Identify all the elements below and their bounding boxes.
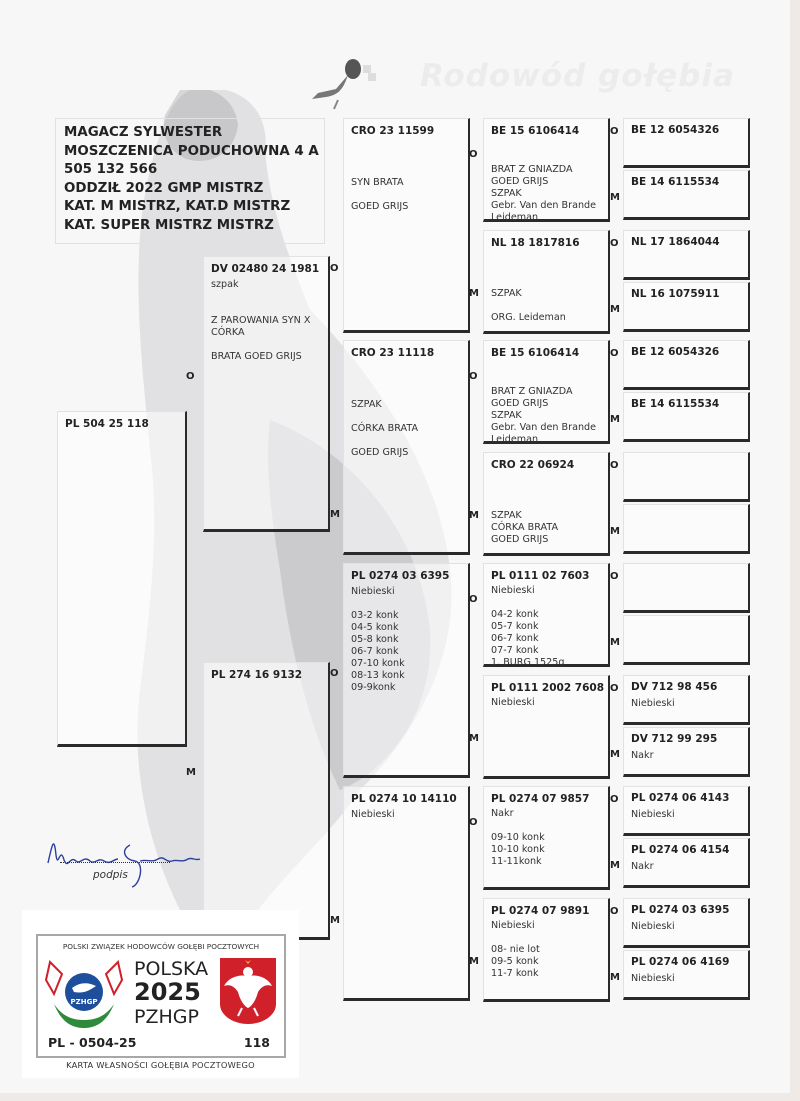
- pedigree-note: [351, 189, 461, 201]
- grandparent-notes: Niebieski 03-2 konk04-5 konk05-8 konk06-…: [351, 586, 461, 694]
- pedigree-note: SZPAK: [491, 510, 601, 522]
- pedigree-note: [351, 141, 461, 153]
- pigeon-ring: PL 504 25 118: [65, 418, 178, 430]
- great-great-grandparent-box: PL 0274 06 4143Niebieski: [623, 786, 750, 836]
- mother-label: M: [186, 767, 196, 778]
- pedigree-note: CÓRKA BRATA: [491, 522, 601, 534]
- great-grandparent-notes: Niebieski 08- nie lot09-5 konk11-7 konk: [491, 920, 601, 980]
- great-grandparent-box: PL 0274 07 9857Nakr 09-10 konk10-10 konk…: [483, 786, 610, 890]
- great-grandparent-ring: PL 0274 07 9857: [491, 793, 601, 805]
- pedigree-note: 07-7 konk: [491, 645, 601, 657]
- pedigree-note: Niebieski: [351, 586, 461, 598]
- pigeon-box: PL 504 25 118: [57, 411, 187, 747]
- pedigree-note: [491, 597, 601, 609]
- grandparent-box: CRO 23 11118 SZPAK CÓRKA BRATA GOED GRIJ…: [343, 340, 470, 555]
- mother-box: PL 274 16 9132: [203, 662, 330, 940]
- grandparent-box: CRO 23 11599 SYN BRATA GOED GRIJS: [343, 118, 470, 333]
- owner-info: MAGACZ SYLWESTER MOSZCZENICA PODUCHOWNA …: [55, 118, 325, 244]
- gggp-label-o: O: [610, 906, 619, 917]
- great-great-grandparent-box: BE 12 6054326: [623, 340, 750, 390]
- great-grandparent-ring: PL 0111 2002 7608: [491, 682, 601, 694]
- gggp-label-m: M: [610, 526, 620, 537]
- ggp-label-o: O: [469, 594, 478, 605]
- great-great-grandparent-box: PL 0274 06 4154Nakr: [623, 838, 750, 888]
- great-grandparent-notes: SZPAK ORG. Leideman: [491, 252, 601, 324]
- great-grandparent-notes: Niebieski 04-2 konk05-7 konk06-7 konk07-…: [491, 585, 601, 669]
- pedigree-note: 04-5 konk: [351, 622, 461, 634]
- great-grandparent-box: BE 15 6106414 BRAT Z GNIAZDAGOED GRIJSSZ…: [483, 118, 610, 222]
- pedigree-note: Gebr. Van den Brande: [491, 422, 601, 434]
- pedigree-note: GOED GRIJS: [351, 447, 461, 459]
- pedigree-note: 09-9konk: [351, 682, 461, 694]
- pedigree-note: 10-10 konk: [491, 844, 601, 856]
- ggp-label-o: O: [469, 149, 478, 160]
- great-great-grandparent-ring: NL 17 1864044: [631, 236, 741, 248]
- pedigree-note: [491, 362, 601, 374]
- great-great-grandparent-box: NL 17 1864044: [623, 230, 750, 280]
- gggp-label-o: O: [610, 238, 619, 249]
- pedigree-note: BRAT Z GNIAZDA: [491, 386, 601, 398]
- gggp-label-o: O: [610, 460, 619, 471]
- great-grandparent-box: NL 18 1817816 SZPAK ORG. Leideman: [483, 230, 610, 334]
- great-grandparent-notes: BRAT Z GNIAZDAGOED GRIJSSZPAKGebr. Van d…: [491, 362, 601, 446]
- pedigree-note: 06-7 konk: [491, 633, 601, 645]
- card-year: 2025: [134, 978, 201, 1006]
- gggp-label-o: O: [610, 126, 619, 137]
- pedigree-note: [491, 252, 601, 264]
- polish-eagle-emblem-icon: [218, 956, 278, 1026]
- pedigree-note: [351, 435, 461, 447]
- great-great-grandparent-box: NL 16 1075911: [623, 282, 750, 332]
- pedigree-note: [491, 498, 601, 510]
- pedigree-note: [491, 486, 601, 498]
- gp-label-o: O: [330, 263, 339, 274]
- grandparent-box: PL 0274 03 6395Niebieski 03-2 konk04-5 k…: [343, 563, 470, 778]
- pedigree-note: BRATA GOED GRIJS: [211, 351, 321, 363]
- pedigree-note: [491, 264, 601, 276]
- grandparent-ring: PL 0274 10 14110: [351, 793, 461, 805]
- great-great-grandparent-ring: PL 0274 06 4169: [631, 956, 741, 968]
- pedigree-note: Leideman: [491, 434, 601, 446]
- great-great-grandparent-color: Niebieski: [631, 809, 741, 821]
- gggp-label-o: O: [610, 683, 619, 694]
- pedigree-note: [491, 276, 601, 288]
- pedigree-note: 09-10 konk: [491, 832, 601, 844]
- pedigree-note: Leideman: [491, 212, 601, 224]
- pedigree-note: SZPAK: [491, 410, 601, 422]
- great-great-grandparent-box: PL 0274 06 4169Niebieski: [623, 950, 750, 1000]
- great-great-grandparent-box: [623, 563, 750, 613]
- gggp-label-m: M: [610, 304, 620, 315]
- pedigree-note: [351, 363, 461, 375]
- great-grandparent-box: PL 0274 07 9891Niebieski 08- nie lot09-5…: [483, 898, 610, 1002]
- grandparent-notes: Niebieski: [351, 809, 461, 821]
- grandparent-notes: SZPAK CÓRKA BRATA GOED GRIJS: [351, 363, 461, 459]
- pedigree-note: [351, 165, 461, 177]
- signature-image: [40, 825, 210, 895]
- gggp-label-o: O: [610, 348, 619, 359]
- pedigree-note: [211, 339, 321, 351]
- pedigree-note: Niebieski: [351, 809, 461, 821]
- pedigree-note: CÓRKA BRATA: [351, 423, 461, 435]
- gp-label-o: O: [330, 668, 339, 679]
- owner-title-2: KAT. M MISTRZ, KAT.D MISTRZ: [64, 198, 324, 217]
- great-great-grandparent-box: [623, 615, 750, 665]
- gp-label-m: M: [330, 915, 340, 926]
- pedigree-note: GOED GRIJS: [491, 534, 601, 546]
- gggp-label-m: M: [610, 414, 620, 425]
- great-grandparent-ring: NL 18 1817816: [491, 237, 601, 249]
- pedigree-note: [351, 153, 461, 165]
- ownership-card: POLSKI ZWIĄZEK HODOWCÓW GOŁĘBI POCZTOWYC…: [22, 910, 299, 1078]
- pedigree-note: 04-2 konk: [491, 609, 601, 621]
- pedigree-note: 11-7 konk: [491, 968, 601, 980]
- pedigree-note: [491, 474, 601, 486]
- great-great-grandparent-ring: NL 16 1075911: [631, 288, 741, 300]
- pedigree-note: Niebieski: [491, 697, 601, 709]
- great-great-grandparent-box: BE 14 6115534: [623, 170, 750, 220]
- pedigree-note: Z PAROWANIA SYN X: [211, 315, 321, 327]
- great-great-grandparent-color: Niebieski: [631, 921, 741, 933]
- document-title: Rodowód gołębia: [420, 58, 735, 94]
- great-great-grandparent-ring: BE 12 6054326: [631, 124, 741, 136]
- gggp-label-m: M: [610, 749, 620, 760]
- card-assoc: PZHGP: [134, 1006, 199, 1028]
- great-great-grandparent-box: DV 712 99 295Nakr: [623, 727, 750, 777]
- ggp-label-m: M: [469, 733, 479, 744]
- pedigree-note: [351, 411, 461, 423]
- pedigree-note: [351, 375, 461, 387]
- gggp-label-o: O: [610, 794, 619, 805]
- great-grandparent-notes: SZPAKCÓRKA BRATAGOED GRIJS: [491, 474, 601, 546]
- pzhgp-logo-icon: PZHGP: [44, 954, 124, 1032]
- pedigree-note: [211, 291, 321, 303]
- pedigree-note: szpak: [211, 279, 321, 291]
- card-id: PL - 0504-25: [48, 1035, 136, 1050]
- great-grandparent-ring: CRO 22 06924: [491, 459, 601, 471]
- great-great-grandparent-color: Niebieski: [631, 973, 741, 985]
- great-great-grandparent-ring: PL 0274 03 6395: [631, 904, 741, 916]
- grandparent-ring: CRO 23 11118: [351, 347, 461, 359]
- ggp-label-m: M: [469, 288, 479, 299]
- great-great-grandparent-color: Niebieski: [631, 698, 741, 710]
- pedigree-note: SZPAK: [351, 399, 461, 411]
- great-great-grandparent-box: BE 14 6115534: [623, 392, 750, 442]
- great-great-grandparent-ring: BE 14 6115534: [631, 176, 741, 188]
- great-grandparent-notes: Nakr 09-10 konk10-10 konk11-11konk: [491, 808, 601, 868]
- great-grandparent-notes: Niebieski: [491, 697, 601, 709]
- pedigree-note: Niebieski: [491, 920, 601, 932]
- pedigree-note: ORG. Leideman: [491, 312, 601, 324]
- pedigree-note: 05-8 konk: [351, 634, 461, 646]
- pedigree-note: 08- nie lot: [491, 944, 601, 956]
- gggp-label-m: M: [610, 192, 620, 203]
- pedigree-note: [491, 300, 601, 312]
- pedigree-sheet: Rodowód gołębia MAGACZ SYLWESTER MOSZCZE…: [0, 0, 790, 1093]
- father-notes: szpak Z PAROWANIA SYN XCÓRKA BRATA GOED …: [211, 279, 321, 363]
- owner-phone: 505 132 566: [64, 161, 324, 180]
- great-great-grandparent-ring: PL 0274 06 4154: [631, 844, 741, 856]
- card-footer: KARTA WŁASNOŚCI GOŁĘBIA POCZTOWEGO: [22, 1060, 299, 1070]
- pedigree-note: [351, 387, 461, 399]
- pedigree-note: GOED GRIJS: [491, 398, 601, 410]
- ggp-label-m: M: [469, 510, 479, 521]
- great-grandparent-box: CRO 22 06924 SZPAKCÓRKA BRATAGOED GRIJS: [483, 452, 610, 556]
- card-frame: POLSKI ZWIĄZEK HODOWCÓW GOŁĘBI POCZTOWYC…: [36, 934, 286, 1058]
- grandparent-ring: PL 0274 03 6395: [351, 570, 461, 582]
- gggp-label-m: M: [610, 860, 620, 871]
- great-grandparent-ring: PL 0111 02 7603: [491, 570, 601, 582]
- card-country: POLSKA: [134, 958, 208, 980]
- pedigree-note: 06-7 konk: [351, 646, 461, 658]
- great-great-grandparent-box: PL 0274 03 6395Niebieski: [623, 898, 750, 948]
- gggp-label-m: M: [610, 972, 620, 983]
- grandparent-box: PL 0274 10 14110Niebieski: [343, 786, 470, 1001]
- father-label: O: [186, 371, 195, 382]
- pedigree-note: [491, 932, 601, 944]
- pedigree-note: [211, 303, 321, 315]
- great-great-grandparent-box: DV 712 98 456Niebieski: [623, 675, 750, 725]
- pedigree-note: Gebr. Van den Brande: [491, 200, 601, 212]
- pedigree-note: 05-7 konk: [491, 621, 601, 633]
- gggp-label-m: M: [610, 637, 620, 648]
- pedigree-note: Niebieski: [491, 585, 601, 597]
- great-great-grandparent-box: [623, 504, 750, 554]
- great-grandparent-box: PL 0111 02 7603Niebieski 04-2 konk05-7 k…: [483, 563, 610, 667]
- pedigree-note: [491, 820, 601, 832]
- owner-title-1: ODDZIŁ 2022 GMP MISTRZ: [64, 180, 324, 199]
- owner-name: MAGACZ SYLWESTER: [64, 124, 324, 143]
- great-grandparent-notes: BRAT Z GNIAZDAGOED GRIJSSZPAKGebr. Van d…: [491, 140, 601, 224]
- grandparent-ring: CRO 23 11599: [351, 125, 461, 137]
- ggp-label-o: O: [469, 371, 478, 382]
- great-great-grandparent-ring: BE 12 6054326: [631, 346, 741, 358]
- pedigree-note: [491, 152, 601, 164]
- pedigree-note: SZPAK: [491, 288, 601, 300]
- pedigree-note: 1. BURG 1525g: [491, 657, 601, 669]
- pedigree-note: 09-5 konk: [491, 956, 601, 968]
- great-great-grandparent-ring: DV 712 99 295: [631, 733, 741, 745]
- mother-ring: PL 274 16 9132: [211, 669, 321, 681]
- pedigree-note: [491, 374, 601, 386]
- great-grandparent-box: PL 0111 2002 7608Niebieski: [483, 675, 610, 779]
- great-great-grandparent-color: Nakr: [631, 750, 741, 762]
- pedigree-note: Nakr: [491, 808, 601, 820]
- great-great-grandparent-box: BE 12 6054326: [623, 118, 750, 168]
- pedigree-note: [491, 140, 601, 152]
- great-grandparent-box: BE 15 6106414 BRAT Z GNIAZDAGOED GRIJSSZ…: [483, 340, 610, 444]
- pedigree-note: GOED GRIJS: [491, 176, 601, 188]
- great-great-grandparent-color: Nakr: [631, 861, 741, 873]
- owner-title-3: KAT. SUPER MISTRZ MISTRZ: [64, 217, 324, 236]
- pedigree-note: GOED GRIJS: [351, 201, 461, 213]
- pedigree-note: 11-11konk: [491, 856, 601, 868]
- pedigree-note: 07-10 konk: [351, 658, 461, 670]
- gggp-label-o: O: [610, 571, 619, 582]
- pedigree-note: 08-13 konk: [351, 670, 461, 682]
- gp-label-m: M: [330, 509, 340, 520]
- card-number: 118: [244, 1035, 270, 1050]
- pedigree-note: BRAT Z GNIAZDA: [491, 164, 601, 176]
- father-ring: DV 02480 24 1981: [211, 263, 321, 275]
- ggp-label-m: M: [469, 956, 479, 967]
- pedigree-note: 03-2 konk: [351, 610, 461, 622]
- great-great-grandparent-ring: BE 14 6115534: [631, 398, 741, 410]
- pedigree-note: [351, 598, 461, 610]
- signature-label: podpis: [93, 869, 128, 881]
- great-grandparent-ring: BE 15 6106414: [491, 125, 601, 137]
- pigeon-logo-icon: [308, 55, 378, 110]
- pedigree-note: CÓRKA: [211, 327, 321, 339]
- father-box: DV 02480 24 1981 szpak Z PAROWANIA SYN X…: [203, 256, 330, 532]
- great-great-grandparent-ring: PL 0274 06 4143: [631, 792, 741, 804]
- pedigree-note: SYN BRATA: [351, 177, 461, 189]
- owner-address: MOSZCZENICA PODUCHOWNA 4 A: [64, 143, 324, 162]
- card-org: POLSKI ZWIĄZEK HODOWCÓW GOŁĘBI POCZTOWYC…: [38, 942, 284, 951]
- signature-line: [60, 862, 170, 863]
- great-great-grandparent-ring: DV 712 98 456: [631, 681, 741, 693]
- pedigree-note: SZPAK: [491, 188, 601, 200]
- grandparent-notes: SYN BRATA GOED GRIJS: [351, 141, 461, 213]
- great-great-grandparent-box: [623, 452, 750, 502]
- svg-text:PZHGP: PZHGP: [71, 998, 98, 1006]
- great-grandparent-ring: PL 0274 07 9891: [491, 905, 601, 917]
- great-grandparent-ring: BE 15 6106414: [491, 347, 601, 359]
- ggp-label-o: O: [469, 817, 478, 828]
